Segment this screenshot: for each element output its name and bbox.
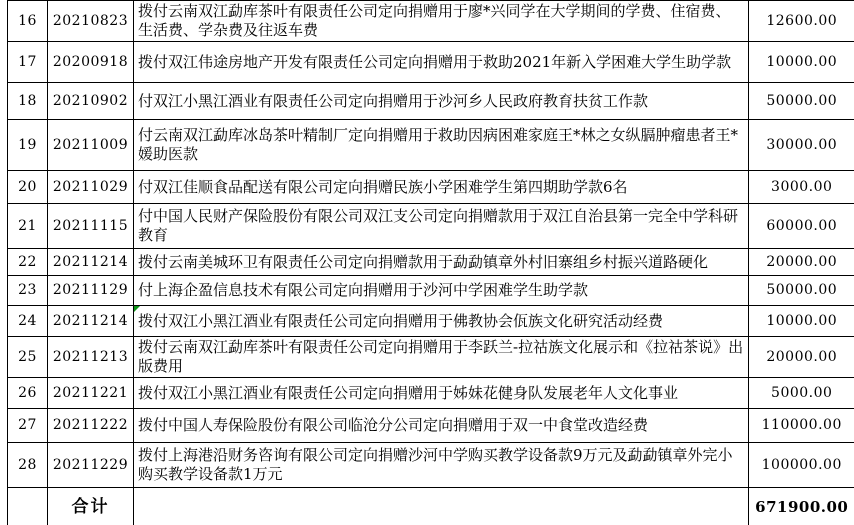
row-number-cell[interactable]: 27: [8, 409, 48, 443]
table-row: 18 20210902 付双江小黑江酒业有限责任公司定向捐赠用于沙河乡人民政府教…: [8, 83, 854, 120]
table-row: 25 20211213 拨付云南双江勐库茶叶有限责任公司定向捐赠用于李跃兰-拉祜…: [8, 337, 854, 378]
table-row: 22 20211214 拨付云南美城环卫有限责任公司定向捐赠款用于勐勐镇章外村旧…: [8, 249, 854, 276]
total-row: 合计 671900.00: [8, 488, 854, 525]
total-amount[interactable]: 671900.00: [749, 488, 854, 525]
description-cell[interactable]: 拨付双江伟途房地产开发有限责任公司定向捐赠用于救助2021年新入学困难大学生助学…: [134, 42, 749, 83]
description-text: 拨付云南双江勐库茶叶有限责任公司定向捐赠用于李跃兰-拉祜族文化展示和《拉祜茶说》…: [138, 338, 743, 375]
description-cell[interactable]: 付双江佳顺食品配送有限公司定向捐赠民族小学困难学生第四期助学款6名: [134, 171, 749, 204]
amount-cell[interactable]: 100000.00: [749, 443, 854, 488]
row-number-cell[interactable]: 19: [8, 120, 48, 171]
date-cell[interactable]: 20211029: [48, 171, 134, 204]
date-cell[interactable]: 20211221: [48, 378, 134, 409]
description-text: 拨付双江小黑江酒业有限责任公司定向捐赠用于姊妹花健身队发展老年人文化事业: [138, 384, 678, 402]
amount-cell[interactable]: 110000.00: [749, 409, 854, 443]
description-text: 付云南双江勐库冰岛茶叶精制厂定向捐赠用于救助因病困难家庭王*林之女纵膈肿瘤患者王…: [138, 126, 738, 163]
amount-cell[interactable]: 3000.00: [749, 171, 854, 204]
row-number-cell[interactable]: 24: [8, 306, 48, 337]
row-number-cell[interactable]: 20: [8, 171, 48, 204]
description-cell[interactable]: 拨付中国人寿保险股份有限公司临沧分公司定向捐赠用于双一中食堂改造经费: [134, 409, 749, 443]
date-cell[interactable]: 20211129: [48, 276, 134, 306]
date-cell[interactable]: 20200918: [48, 42, 134, 83]
date-cell[interactable]: 20211214: [48, 249, 134, 276]
description-text: 拨付双江小黑江酒业有限责任公司定向捐赠用于佛教协会佤族文化研究活动经费: [138, 312, 663, 330]
amount-cell[interactable]: 20000.00: [749, 337, 854, 378]
description-text: 拨付云南美城环卫有限责任公司定向捐赠款用于勐勐镇章外村旧寨组乡村振兴道路硬化: [138, 253, 708, 271]
description-text: 拨付中国人寿保险股份有限公司临沧分公司定向捐赠用于双一中食堂改造经费: [138, 416, 648, 434]
table-row: 24 20211214 拨付双江小黑江酒业有限责任公司定向捐赠用于佛教协会佤族文…: [8, 306, 854, 337]
description-cell[interactable]: 付云南双江勐库冰岛茶叶精制厂定向捐赠用于救助因病困难家庭王*林之女纵膈肿瘤患者王…: [134, 120, 749, 171]
description-cell[interactable]: 拨付双江小黑江酒业有限责任公司定向捐赠用于佛教协会佤族文化研究活动经费: [134, 306, 749, 337]
amount-cell[interactable]: 50000.00: [749, 83, 854, 120]
table-row: 19 20211009 付云南双江勐库冰岛茶叶精制厂定向捐赠用于救助因病困难家庭…: [8, 120, 854, 171]
table-row: 28 20211229 拨付上海港沿财务咨询有限公司定向捐赠沙河中学购买教学设备…: [8, 443, 854, 488]
total-empty-description-cell[interactable]: [134, 488, 749, 525]
table-row: 26 20211221 拨付双江小黑江酒业有限责任公司定向捐赠用于姊妹花健身队发…: [8, 378, 854, 409]
donations-table: 16 20210823 拨付云南双江勐库茶叶有限责任公司定向捐赠用于廖*兴同学在…: [7, 0, 854, 525]
amount-cell[interactable]: 5000.00: [749, 378, 854, 409]
table-row: 27 20211222 拨付中国人寿保险股份有限公司临沧分公司定向捐赠用于双一中…: [8, 409, 854, 443]
row-number-cell[interactable]: 17: [8, 42, 48, 83]
amount-cell[interactable]: 10000.00: [749, 306, 854, 337]
date-cell[interactable]: 20211115: [48, 204, 134, 249]
date-cell[interactable]: 20211229: [48, 443, 134, 488]
description-text: 付双江佳顺食品配送有限公司定向捐赠民族小学困难学生第四期助学款6名: [138, 178, 628, 196]
description-text: 拨付云南双江勐库茶叶有限责任公司定向捐赠用于廖*兴同学在大学期间的学费、住宿费、…: [138, 2, 731, 39]
date-cell[interactable]: 20211222: [48, 409, 134, 443]
amount-cell[interactable]: 60000.00: [749, 204, 854, 249]
description-cell[interactable]: 付中国人民财产保险股份有限公司双江支公司定向捐赠款用于双江自治县第一完全中学科研…: [134, 204, 749, 249]
table-row: 17 20200918 拨付双江伟途房地产开发有限责任公司定向捐赠用于救助202…: [8, 42, 854, 83]
row-number-cell[interactable]: 18: [8, 83, 48, 120]
description-cell[interactable]: 付双江小黑江酒业有限责任公司定向捐赠用于沙河乡人民政府教育扶贫工作款: [134, 83, 749, 120]
row-number-cell[interactable]: 22: [8, 249, 48, 276]
description-text: 付双江小黑江酒业有限责任公司定向捐赠用于沙河乡人民政府教育扶贫工作款: [138, 92, 648, 110]
description-cell[interactable]: 拨付双江小黑江酒业有限责任公司定向捐赠用于姊妹花健身队发展老年人文化事业: [134, 378, 749, 409]
description-text: 拨付双江伟途房地产开发有限责任公司定向捐赠用于救助2021年新入学困难大学生助学…: [138, 53, 731, 71]
date-cell[interactable]: 20211009: [48, 120, 134, 171]
row-number-cell[interactable]: 21: [8, 204, 48, 249]
description-cell[interactable]: 拨付云南美城环卫有限责任公司定向捐赠款用于勐勐镇章外村旧寨组乡村振兴道路硬化: [134, 249, 749, 276]
description-cell[interactable]: 拨付云南双江勐库茶叶有限责任公司定向捐赠用于李跃兰-拉祜族文化展示和《拉祜茶说》…: [134, 337, 749, 378]
row-number-cell[interactable]: 25: [8, 337, 48, 378]
date-cell[interactable]: 20211213: [48, 337, 134, 378]
cell-error-indicator-icon: [134, 306, 140, 312]
description-text: 付上海企盈信息技术有限公司定向捐赠用于沙河中学困难学生助学款: [138, 281, 588, 299]
amount-cell[interactable]: 30000.00: [749, 120, 854, 171]
table-row: 16 20210823 拨付云南双江勐库茶叶有限责任公司定向捐赠用于廖*兴同学在…: [8, 1, 854, 42]
description-text: 付中国人民财产保险股份有限公司双江支公司定向捐赠款用于双江自治县第一完全中学科研…: [138, 207, 738, 244]
description-cell[interactable]: 拨付上海港沿财务咨询有限公司定向捐赠沙河中学购买教学设备款9万元及勐勐镇章外完小…: [134, 443, 749, 488]
date-cell[interactable]: 20210823: [48, 1, 134, 42]
table-row: 23 20211129 付上海企盈信息技术有限公司定向捐赠用于沙河中学困难学生助…: [8, 276, 854, 306]
row-number-cell[interactable]: 23: [8, 276, 48, 306]
description-cell[interactable]: 拨付云南双江勐库茶叶有限责任公司定向捐赠用于廖*兴同学在大学期间的学费、住宿费、…: [134, 1, 749, 42]
row-number-cell[interactable]: 26: [8, 378, 48, 409]
description-text: 拨付上海港沿财务咨询有限公司定向捐赠沙河中学购买教学设备款9万元及勐勐镇章外完小…: [138, 446, 733, 483]
date-cell[interactable]: 20210902: [48, 83, 134, 120]
amount-cell[interactable]: 10000.00: [749, 42, 854, 83]
total-label[interactable]: 合计: [48, 488, 134, 525]
row-number-cell[interactable]: 28: [8, 443, 48, 488]
amount-cell[interactable]: 12600.00: [749, 1, 854, 42]
row-number-cell[interactable]: 16: [8, 1, 48, 42]
amount-cell[interactable]: 20000.00: [749, 249, 854, 276]
table-row: 21 20211115 付中国人民财产保险股份有限公司双江支公司定向捐赠款用于双…: [8, 204, 854, 249]
amount-cell[interactable]: 50000.00: [749, 276, 854, 306]
total-empty-number-cell[interactable]: [8, 488, 48, 525]
description-cell[interactable]: 付上海企盈信息技术有限公司定向捐赠用于沙河中学困难学生助学款: [134, 276, 749, 306]
date-cell[interactable]: 20211214: [48, 306, 134, 337]
table-row: 20 20211029 付双江佳顺食品配送有限公司定向捐赠民族小学困难学生第四期…: [8, 171, 854, 204]
